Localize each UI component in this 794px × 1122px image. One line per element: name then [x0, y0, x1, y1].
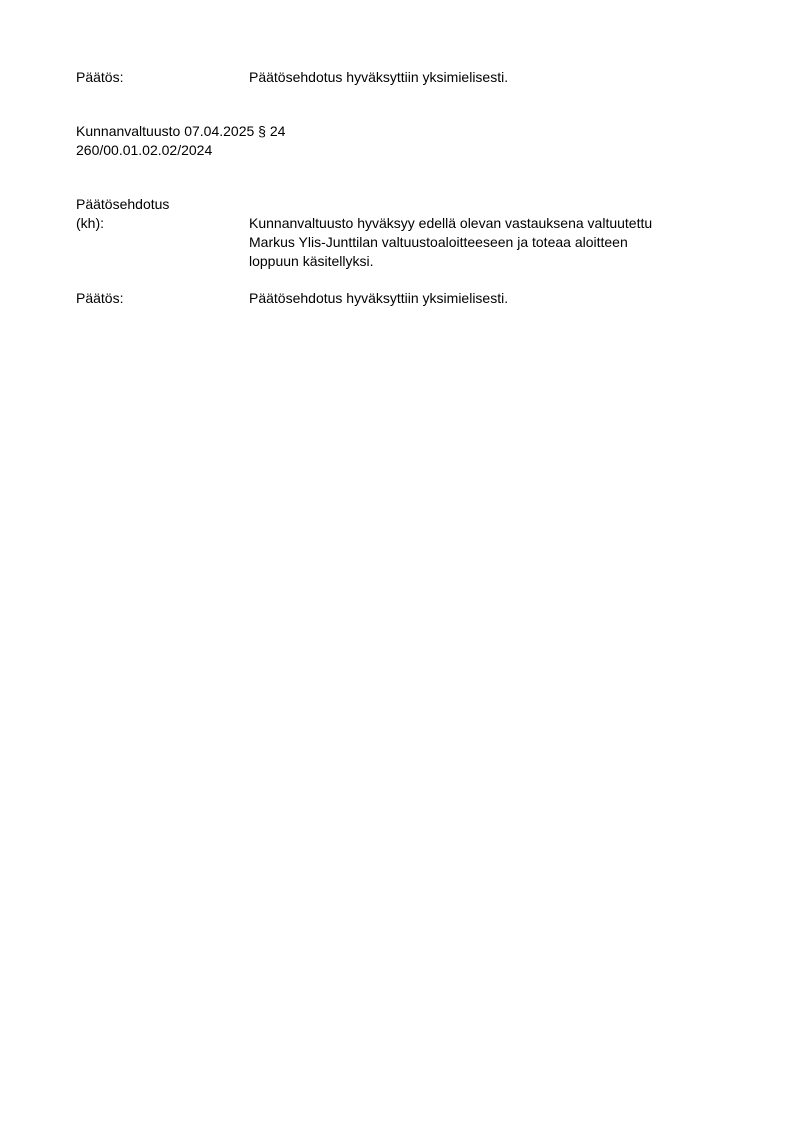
decision-text: Päätösehdotus hyväksyttiin yksimielisest…	[249, 289, 508, 308]
proposal-label-kh: (kh):	[76, 214, 104, 233]
proposal-label: Päätösehdotus	[76, 195, 169, 214]
proposal-text-line: loppuun käsitellyksi.	[249, 252, 374, 271]
decision-label: Päätös:	[76, 289, 123, 308]
proposal-text-line: Markus Ylis-Junttilan valtuustoaloittees…	[249, 233, 628, 252]
case-number: 260/00.01.02.02/2024	[76, 141, 212, 160]
decision-text: Päätösehdotus hyväksyttiin yksimielisest…	[249, 68, 508, 87]
proposal-text-line: Kunnanvaltuusto hyväksyy edellä olevan v…	[249, 214, 652, 233]
meeting-heading: Kunnanvaltuusto 07.04.2025 § 24	[76, 122, 285, 141]
decision-label: Päätös:	[76, 68, 123, 87]
